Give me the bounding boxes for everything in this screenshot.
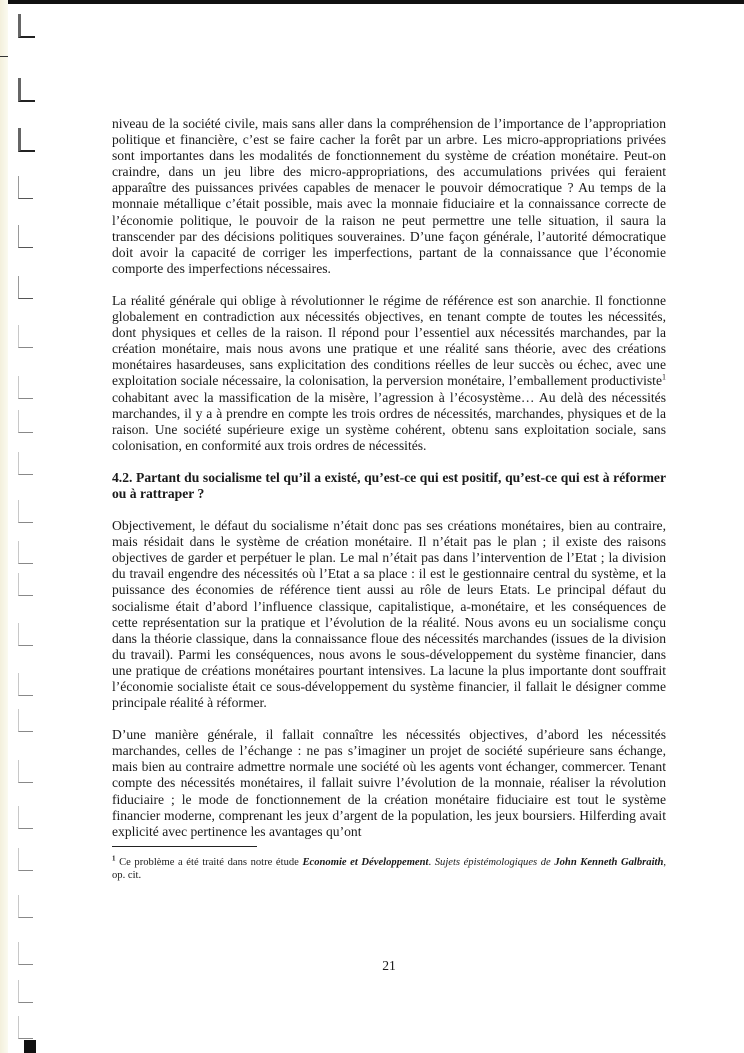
footnote-subtitle: Sujets épistémologiques de xyxy=(435,857,555,868)
binding-mark xyxy=(18,848,33,871)
binding-mark xyxy=(18,500,33,523)
scan-top-border xyxy=(0,0,744,4)
section-heading: 4.2. Partant du socialisme tel qu’il a e… xyxy=(112,470,666,502)
binding-mark xyxy=(18,176,33,199)
binding-mark xyxy=(18,276,33,299)
binding-mark xyxy=(18,673,33,696)
footnote-separator xyxy=(112,846,257,847)
footnote: 1 Ce problème a été traité dans notre ét… xyxy=(112,856,666,882)
paragraph-1: niveau de la société civile, mais sans a… xyxy=(112,116,666,277)
paragraph-2-text-b: cohabitant avec la massification de la m… xyxy=(112,390,666,453)
footnote-author: John Kenneth Galbraith xyxy=(554,857,663,868)
binding-mark xyxy=(18,709,33,732)
binding-mark xyxy=(18,14,35,38)
binding-marks xyxy=(0,0,40,1053)
binding-mark xyxy=(18,541,33,564)
binding-mark xyxy=(18,452,33,475)
binding-mark xyxy=(18,806,33,829)
binding-mark xyxy=(18,225,33,248)
paragraph-3: Objectivement, le défaut du socialisme n… xyxy=(112,518,666,711)
scan-corner-mark xyxy=(24,1040,36,1053)
binding-mark xyxy=(18,573,33,596)
binding-mark xyxy=(18,623,33,646)
footnote-book-title: Economie et Développement xyxy=(302,857,428,868)
page-number: 21 xyxy=(112,958,666,974)
paragraph-2: La réalité générale qui oblige à révolut… xyxy=(112,293,666,454)
binding-mark xyxy=(18,895,33,918)
footnote-text: Ce problème a été traité dans notre étud… xyxy=(116,857,303,868)
paragraph-2-text-a: La réalité générale qui oblige à révolut… xyxy=(112,293,666,388)
binding-mark xyxy=(18,760,33,783)
binding-mark xyxy=(18,325,33,348)
binding-mark xyxy=(18,78,35,102)
binding-mark xyxy=(18,376,33,399)
paragraph-4: D’une manière générale, il fallait conna… xyxy=(112,727,666,840)
binding-mark xyxy=(18,128,35,152)
binding-mark xyxy=(18,410,33,433)
footnote-reference[interactable]: 1 xyxy=(662,373,666,382)
document-page: niveau de la société civile, mais sans a… xyxy=(112,116,666,882)
binding-mark xyxy=(18,942,33,965)
binding-mark xyxy=(18,1016,33,1039)
binding-mark xyxy=(18,980,33,1003)
